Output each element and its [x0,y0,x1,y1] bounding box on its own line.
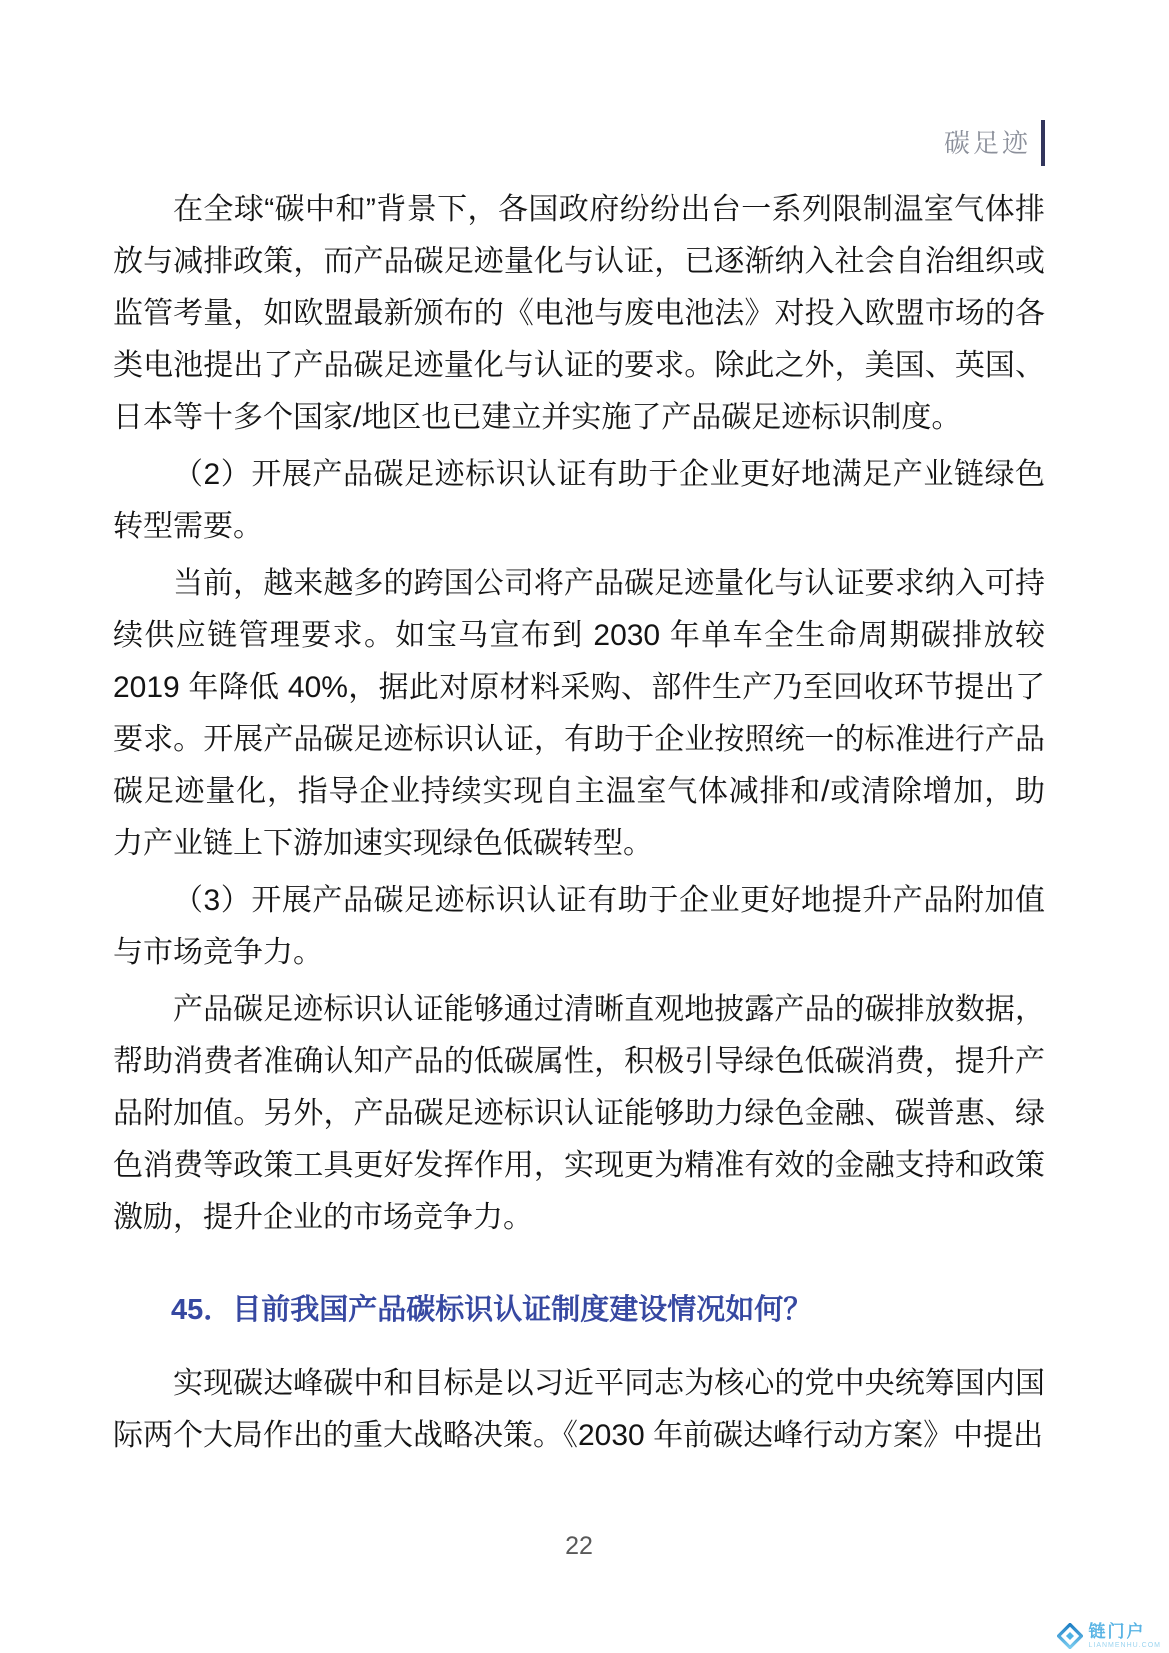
header-running-title: 碳足迹 [944,130,1041,156]
logo-diamond-icon [1057,1623,1083,1649]
paragraph: 产品碳足迹标识认证能够通过清晰直观地披露产品的碳排放数据，帮助消费者准确认知产品… [113,984,1045,1244]
logo-site-name: 链门户 [1088,1623,1161,1640]
page-number: 22 [113,1532,1045,1561]
paragraph: （2）开展产品碳足迹标识认证有助于企业更好地满足产业链绿色转型需要。 [113,449,1045,553]
document-page: 碳足迹 在全球“碳中和”背景下，各国政府纷纷出台一系列限制温室气体排放与减排政策… [0,0,1169,1653]
paragraph: 当前，越来越多的跨国公司将产品碳足迹量化与认证要求纳入可持续供应链管理要求。如宝… [113,558,1045,870]
paragraph: 在全球“碳中和”背景下，各国政府纷纷出台一系列限制温室气体排放与减排政策，而产品… [113,184,1045,444]
question-heading: 45．目前我国产品碳标识认证制度建设情况如何？ [113,1292,1045,1328]
logo-site-domain: LIANMENHU.COM [1088,1642,1161,1649]
logo-text: 链门户 LIANMENHU.COM [1088,1623,1161,1649]
paragraph: 实现碳达峰碳中和目标是以习近平同志为核心的党中央统筹国内国际两个大局作出的重大战… [113,1358,1045,1462]
page-header: 碳足迹 [0,120,1045,166]
header-divider-bar [1041,120,1045,166]
paragraph: （3）开展产品碳足迹标识认证有助于企业更好地提升产品附加值与市场竞争力。 [113,875,1045,979]
document-body: 在全球“碳中和”背景下，各国政府纷纷出台一系列限制温室气体排放与减排政策，而产品… [113,184,1045,1467]
site-logo: 链门户 LIANMENHU.COM [1057,1623,1161,1649]
